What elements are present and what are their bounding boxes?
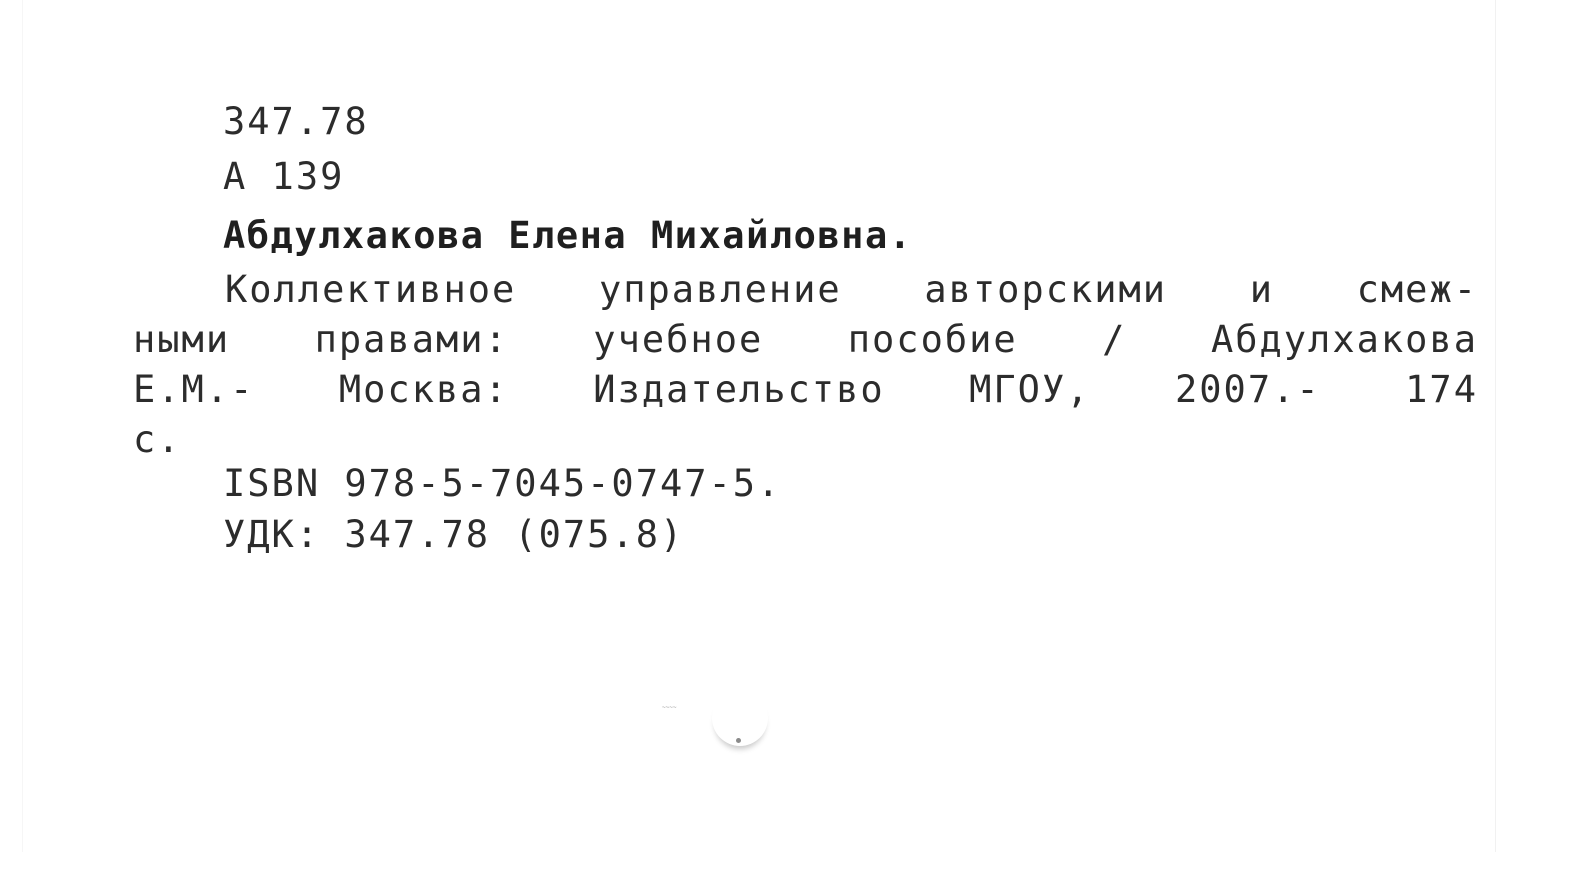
punch-hole-mark [736,738,741,743]
description-line: Коллективное управление авторскими и сме… [133,265,1478,315]
udc-code: УДК: 347.78 (075.8) [223,515,684,555]
description-line: ными правами: учебное пособие / Абдулхак… [133,315,1478,365]
author-heading: Абдулхакова Елена Михайловна. [223,216,913,256]
faint-stamp-mark: ~~~~ [662,704,676,711]
description-line: Е.М.- Москва: Издательство МГОУ, 2007.- … [133,365,1478,415]
author-mark: А 139 [223,157,344,197]
description-line: с. [133,415,1478,465]
isbn: ISBN 978-5-7045-0747-5. [223,464,781,504]
classification-code: 347.78 [223,102,369,142]
bibliographic-description: Коллективное управление авторскими и сме… [133,265,1478,465]
